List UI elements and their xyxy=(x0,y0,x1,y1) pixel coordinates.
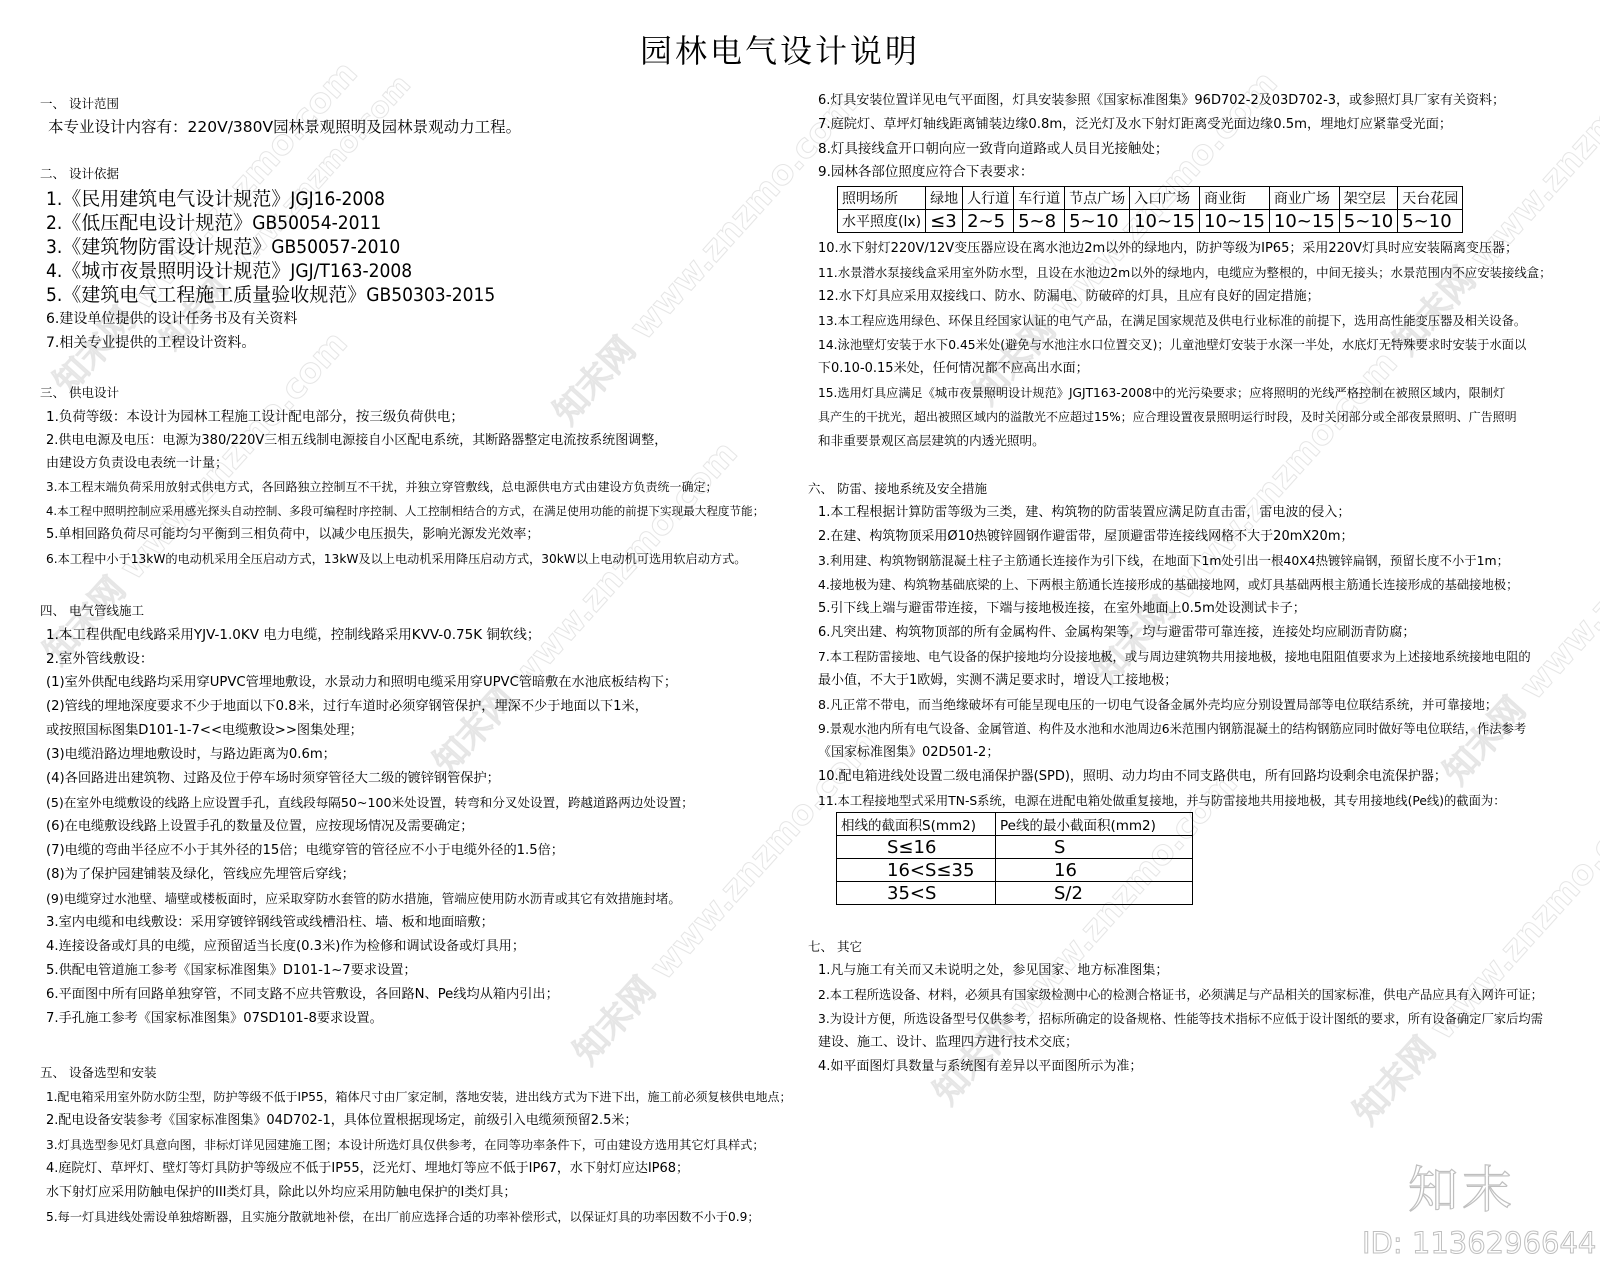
list-item: 4.连接设备或灯具的电缆，应预留适当长度(0.3米)作为检修和调试设备或灯具用； xyxy=(46,938,525,956)
table-cell: 绿地 xyxy=(926,187,963,210)
list-item: 3.利用建、构筑物钢筋混凝土柱子主筋通长连接作为引下线，在地面下1m处引出一根4… xyxy=(818,552,1509,570)
list-item: 3.本工程末端负荷采用放射式供电方式，各回路独立控制互不干扰，并独立穿管敷线，总… xyxy=(46,478,717,496)
list-item: 13.本工程应选用绿色、环保且经国家认证的电气产品，在满足国家规范及供电行业标准… xyxy=(818,312,1526,330)
list-item: 2.室外管线敷设： xyxy=(46,650,153,668)
list-item: 1.凡与施工有关而又未说明之处，参见国家、地方标准图集； xyxy=(818,962,1168,980)
list-item: 5.单相回路负荷尽可能均匀平衡到三相负荷中，以减少电压损失，影响光源发光效率； xyxy=(46,526,539,544)
list-item: 12.水下灯具应采用双接线口、防水、防漏电、防破碎的灯具，且应有良好的固定措施； xyxy=(818,288,1320,306)
list-item: 4.接地极为建、构筑物基础底梁的上、下两根主筋通长连接形成的基础接地网，或灯具基… xyxy=(818,576,1518,594)
table-cell: 5~8 xyxy=(1014,210,1065,233)
list-item: 由建设方负责设电表统一计量； xyxy=(46,455,228,473)
list-item: 3.室内电缆和电线敷设：采用穿镀锌钢线管或线槽沿柱、墙、板和地面暗敷； xyxy=(46,914,494,932)
list-item: 4.庭院灯、草坪灯、壁灯等灯具防护等级应不低于IP55，泛光灯、埋地灯等应不低于… xyxy=(46,1160,689,1178)
list-item: 10.水下射灯220V/12V变压器应设在离水池边2m以外的绿地内，防护等级为I… xyxy=(818,240,1518,258)
table-cell: ≤3 xyxy=(926,210,963,233)
list-item: 5.《建筑电气工程施工质量验收规范》GB50303-2015 xyxy=(46,284,495,306)
list-item: 4.本工程中照明控制应采用感光探头自动控制、多段可编程时序控制、人工控制相结合的… xyxy=(46,502,764,520)
list-item: 具产生的干扰光，超出被照区域内的溢散光不应超过15%；应合理设置夜景照明运行时段… xyxy=(818,408,1517,426)
section-heading: 五、 设备选型和安装 xyxy=(40,1064,156,1082)
table-row: 水平照度(lx) ≤3 2~5 5~8 5~10 10~15 10~15 10~… xyxy=(838,210,1463,233)
table-cell: 10~15 xyxy=(1200,210,1270,233)
section-heading: 二、 设计依据 xyxy=(40,165,119,183)
table-cell: 天台花园 xyxy=(1398,187,1463,210)
list-item: 8.凡正常不带电，而当绝缘破坏有可能呈现电压的一切电气设备金属外壳均应分别设置局… xyxy=(818,696,1498,714)
table-row: 35<S S/2 xyxy=(837,882,1193,905)
list-item: 水下射灯应采用防触电保护的III类灯具，除此以外均应采用防触电保护的I类灯具； xyxy=(46,1184,516,1202)
list-item: 6.凡突出建、构筑物顶部的所有金属构件、金属构架等，均与避雷带可靠连接，连接处均… xyxy=(818,624,1415,642)
section-text: 本专业设计内容有：220V/380V园林景观照明及园林景观动力工程。 xyxy=(48,118,521,136)
list-item: 1.《民用建筑电气设计规范》JGJ16-2008 xyxy=(46,188,385,210)
list-item: 7.手孔施工参考《国家标准图集》07SD101-8要求设置。 xyxy=(46,1010,383,1028)
table-row: 16<S≤35 16 xyxy=(837,859,1193,882)
list-item: 1.负荷等级：本设计为园林工程施工设计配电部分，按三级负荷供电； xyxy=(46,408,464,426)
table-cell: 商业街 xyxy=(1200,187,1270,210)
list-item: (2)管线的埋地深度要求不少于地面以下0.8米，过行车道时必须穿钢管保护，埋深不… xyxy=(46,698,648,716)
table-cell: S/2 xyxy=(996,882,1193,905)
table-cell: 10~15 xyxy=(1130,210,1200,233)
list-item: (3)电缆沿路边埋地敷设时，与路边距离为0.6m； xyxy=(46,746,336,764)
table-cell: 2~5 xyxy=(963,210,1014,233)
list-item: 6.本工程中小于13kW的电动机采用全压启动方式，13kW及以上电动机采用降压启… xyxy=(46,550,746,568)
table-cell: 16<S≤35 xyxy=(837,859,996,882)
section-heading: 四、 电气管线施工 xyxy=(40,602,144,620)
illuminance-table: 照明场所 绿地 人行道 车行道 节点广场 入口广场 商业街 商业广场 架空层 天… xyxy=(837,186,1463,233)
table-cell: 相线的截面积S(mm2) xyxy=(837,813,996,836)
list-item: 14.泳池壁灯安装于水下0.45米处(避免与水池注水口位置交叉)；儿童池壁灯安装… xyxy=(818,336,1526,354)
list-item: 3.《建筑物防雷设计规范》GB50057-2010 xyxy=(46,236,400,258)
asset-id-label: ID: 1136296644 xyxy=(1362,1226,1596,1260)
table-cell: 10~15 xyxy=(1269,210,1339,233)
list-item: 2.配电设备安装参考《国家标准图集》04D702-1，具体位置根据现场定，前级引… xyxy=(46,1112,637,1130)
list-item: 6.灯具安装位置详见电气平面图，灯具安装参照《国家标准图集》96D702-2及0… xyxy=(818,92,1505,110)
list-item: 7.庭院灯、草坪灯轴线距离铺装边缘0.8m，泛光灯及水下射灯距离受光面边缘0.5… xyxy=(818,116,1452,134)
list-item: 9.景观水池内所有电气设备、金属管道、构件及水池和水池周边6米范围内钢筋混凝土的… xyxy=(818,720,1526,738)
section-heading: 三、 供电设计 xyxy=(40,384,119,402)
list-item: (5)在室外电缆敷设的线路上应设置手孔，直线段每隔50~100米处设置，转弯和分… xyxy=(46,794,694,812)
list-item: 《国家标准图集》02D501-2； xyxy=(818,744,999,762)
list-item: 7.本工程防雷接地、电气设备的保护接地均分设接地极，或与周边建筑物共用接地极，接… xyxy=(818,648,1531,666)
table-cell: S xyxy=(996,836,1193,859)
list-item: 6.平面图中所有回路单独穿管，不同支路不应共管敷设，各回路N、Pe线均从箱内引出… xyxy=(46,986,559,1004)
table-cell: 架空层 xyxy=(1339,187,1397,210)
table-header-row: 相线的截面积S(mm2) Pe线的最小截面积(mm2) xyxy=(837,813,1193,836)
section-heading: 六、 防雷、接地系统及安全措施 xyxy=(808,480,987,498)
table-cell: 35<S xyxy=(837,882,996,905)
table-cell: 5~10 xyxy=(1398,210,1463,233)
list-item: 4.如平面图灯具数量与系统图有差异以平面图所示为准； xyxy=(818,1058,1142,1076)
list-item: 1.本工程根据计算防雷等级为三类，建、构筑物的防雷装置应满足防直击雷，雷电波的侵… xyxy=(818,504,1350,522)
list-item: 5.供配电管道施工参考《国家标准图集》D101-1~7要求设置； xyxy=(46,962,417,980)
list-item: 最小值，不大于1欧姆，实测不满足要求时，增设人工接地极； xyxy=(818,672,1177,690)
list-item: 5.每一灯具进线处需设单独熔断器，且实施分散就地补偿，在出厂前应选择合适的功率补… xyxy=(46,1208,760,1226)
page-title: 园林电气设计说明 xyxy=(640,26,920,72)
list-item: 和非重要景观区高层建筑的内透光照明。 xyxy=(818,432,1045,450)
table-cell: Pe线的最小截面积(mm2) xyxy=(996,813,1193,836)
list-item: 2.《低压配电设计规范》GB50054-2011 xyxy=(46,212,381,234)
list-item: (1)室外供配电线路均采用穿UPVC管埋地敷设，水景动力和照明电缆采用穿UPVC… xyxy=(46,674,677,692)
pe-table: 相线的截面积S(mm2) Pe线的最小截面积(mm2) S≤16 S 16<S≤… xyxy=(836,812,1193,905)
list-item: 2.供电电源及电压：电源为380/220V三相五线制电源接自小区配电系统，其断路… xyxy=(46,432,667,450)
list-item: (8)为了保护园建铺装及绿化，管线应先埋管后穿线； xyxy=(46,866,355,884)
table-cell: 车行道 xyxy=(1014,187,1065,210)
table-cell: 商业广场 xyxy=(1269,187,1339,210)
list-item: 3.为设计方便，所选设备型号仅供参考，招标所确定的设备规格、性能等技术指标不应低… xyxy=(818,1010,1543,1028)
list-item: 10.配电箱进线处设置二级电涌保护器(SPD)，照明、动力均由不同支路供电，所有… xyxy=(818,768,1447,786)
table-cell: 入口广场 xyxy=(1130,187,1200,210)
table-cell: 16 xyxy=(996,859,1193,882)
list-item: 4.《城市夜景照明设计规范》JGJ/T163-2008 xyxy=(46,260,412,282)
list-item: 9.园林各部位照度应符合下表要求： xyxy=(818,163,1033,181)
brand-logo: 知末 xyxy=(1408,1150,1516,1222)
list-item: 15.选用灯具应满足《城市夜景照明设计规范》JGJT163-2008中的光污染要… xyxy=(818,384,1505,402)
section-heading: 七、 其它 xyxy=(808,938,862,956)
list-item: 下0.10-0.15米处，任何情况都不应高出水面； xyxy=(818,360,1089,378)
table-cell: 照明场所 xyxy=(838,187,926,210)
table-cell: 人行道 xyxy=(963,187,1014,210)
table-cell: S≤16 xyxy=(837,836,996,859)
table-row: S≤16 S xyxy=(837,836,1193,859)
list-item: (6)在电缆敷设线路上设置手孔的数量及位置，应按现场情况及需要确定； xyxy=(46,818,474,836)
list-item: 建设、施工、设计、监理四方进行技术交底； xyxy=(818,1034,1078,1052)
list-item: 6.建设单位提供的设计任务书及有关资料 xyxy=(46,310,297,328)
list-item: 2.在建、构筑物顶采用Ø10热镀锌圆钢作避雷带，屋顶避雷带连接线网格不大于20m… xyxy=(818,528,1354,546)
table-header-row: 照明场所 绿地 人行道 车行道 节点广场 入口广场 商业街 商业广场 架空层 天… xyxy=(838,187,1463,210)
list-item: 5.引下线上端与避雷带连接，下端与接地极连接，在室外地面上0.5m处设测试卡子； xyxy=(818,600,1306,618)
list-item: (7)电缆的弯曲半径应不小于其外径的15倍；电缆穿管的管径应不小于电缆外径的1.… xyxy=(46,842,564,860)
watermark: 知末网 www.znzmo.com xyxy=(1340,778,1600,1133)
list-item: 11.水景潜水泵接线盒采用室外防水型，且设在水池边2m以外的绿地内，电缆应为整根… xyxy=(818,264,1552,282)
section-heading: 一、 设计范围 xyxy=(40,95,119,113)
list-item: (4)各回路进出建筑物、过路及位于停车场时须穿管径大二级的镀锌钢管保护； xyxy=(46,770,500,788)
list-item: 11.本工程接地型式采用TN-S系统，电源在进配电箱处做重复接地，并与防雷接地共… xyxy=(818,792,1506,810)
list-item: 2.本工程所选设备、材料，必须具有国家级检测中心的检测合格证书，必须满足与产品相… xyxy=(818,986,1543,1004)
table-cell: 水平照度(lx) xyxy=(838,210,926,233)
list-item: 8.灯具接线盒开口朝向应一致背向道路或人员目光接触处； xyxy=(818,140,1168,158)
table-cell: 5~10 xyxy=(1065,210,1130,233)
list-item: 或按照国标图集D101-1-7<<电缆敷设>>图集处理； xyxy=(46,722,363,740)
table-cell: 5~10 xyxy=(1339,210,1397,233)
list-item: 1.本工程供配电线路采用YJV-1.0KV 电力电缆，控制线路采用KVV-0.7… xyxy=(46,626,540,644)
watermark: 知末网 www.znzmo.com xyxy=(1430,438,1600,793)
table-cell: 节点广场 xyxy=(1065,187,1130,210)
list-item: 1.配电箱采用室外防水防尘型，防护等级不低于IP55，箱体尺寸由厂家定制，落地安… xyxy=(46,1088,792,1106)
list-item: 7.相关专业提供的工程设计资料。 xyxy=(46,334,255,352)
list-item: 3.灯具选型参见灯具意向图，非标灯详见园建施工图；本设计所选灯具仅供参考，在同等… xyxy=(46,1136,765,1154)
list-item: (9)电缆穿过水池壁、墙壁或楼板面时，应采取穿防水套管的防水措施，管端应使用防水… xyxy=(46,890,681,908)
